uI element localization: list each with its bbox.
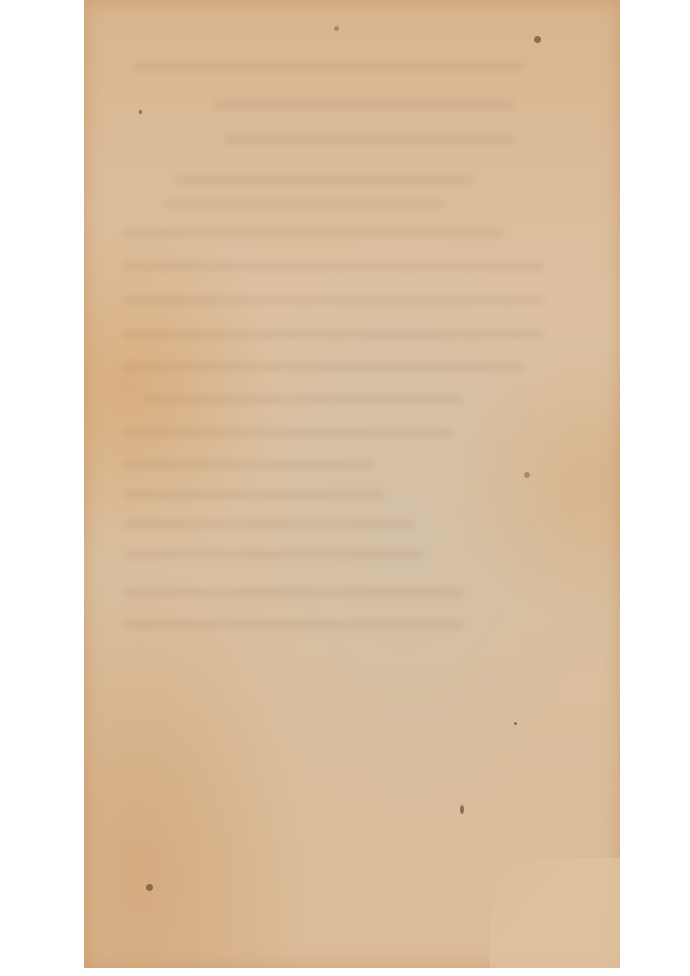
scanned-page: [84, 0, 620, 968]
stain-spot: [334, 26, 339, 31]
stain-spot: [534, 36, 541, 43]
stain-spot: [146, 884, 153, 891]
stain-spot: [514, 722, 517, 725]
stain-spot: [524, 472, 530, 478]
bleed-through-text: [84, 0, 620, 968]
stain-spot: [460, 805, 464, 814]
stain-spot: [139, 110, 142, 114]
page-corner-fold: [490, 858, 620, 968]
